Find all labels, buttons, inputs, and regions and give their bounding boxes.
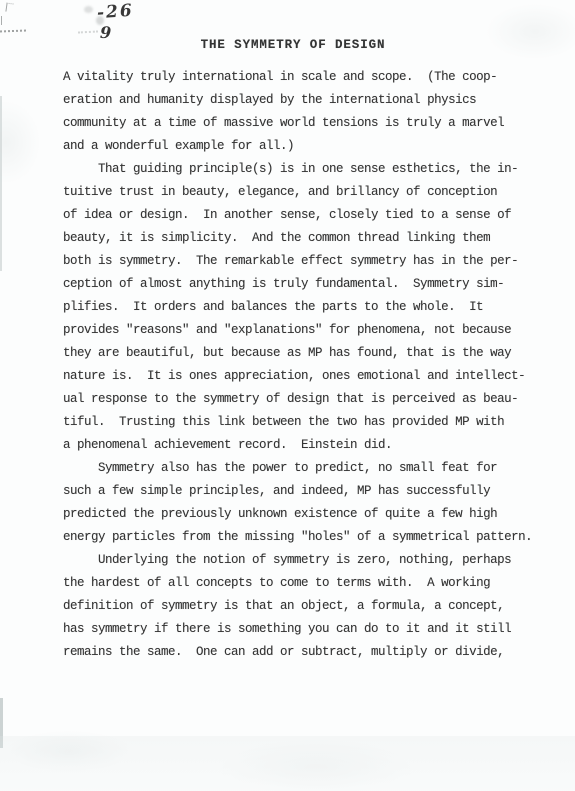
document-body: A vitality truly international in scale … (63, 66, 553, 664)
text-line: plifies. It orders and balances the part… (63, 296, 553, 319)
scanned-document-page: -26 9 THE SYMMETRY OF DESIGN A vitality … (0, 0, 575, 791)
text-line: such a few simple principles, and indeed… (63, 480, 553, 503)
text-line: remains the same. One can add or subtrac… (63, 641, 553, 664)
pencil-scribble (1, 16, 6, 25)
text-line: a phenomenal achievement record. Einstei… (63, 434, 553, 457)
text-line: eration and humanity displayed by the in… (63, 89, 553, 112)
text-line: has symmetry if there is something you c… (63, 618, 553, 641)
erased-pencil-smudge (78, 30, 98, 37)
text-line: ception of almost anything is truly fund… (63, 273, 553, 296)
text-line: and a wonderful example for all.) (63, 135, 553, 158)
scan-bottom-texture (0, 736, 575, 791)
text-line: provides "reasons" and "explanations" fo… (63, 319, 553, 342)
text-line: predicted the previously unknown existen… (63, 503, 553, 526)
text-line: they are beautiful, but because as MP ha… (63, 342, 553, 365)
text-line: That guiding principle(s) is in one sens… (63, 158, 553, 181)
text-line: tiful. Trusting this link between the tw… (63, 411, 553, 434)
text-line: of idea or design. In another sense, clo… (63, 204, 553, 227)
text-line: Symmetry also has the power to predict, … (63, 457, 553, 480)
text-line: Underlying the notion of symmetry is zer… (63, 549, 553, 572)
pencil-scribble (0, 30, 26, 33)
text-line: energy particles from the missing "holes… (63, 526, 553, 549)
handwritten-mark-top: -26 (96, 1, 134, 24)
text-line: definition of symmetry is that an object… (63, 595, 553, 618)
text-line: the hardest of all concepts to come to t… (63, 572, 553, 595)
scan-left-edge-line (0, 96, 2, 271)
text-line: ual response to the symmetry of design t… (63, 388, 553, 411)
text-line: beauty, it is simplicity. And the common… (63, 227, 553, 250)
document-title: THE SYMMETRY OF DESIGN (63, 38, 523, 52)
text-line: nature is. It is ones appreciation, ones… (63, 365, 553, 388)
text-line: A vitality truly international in scale … (63, 66, 553, 89)
erased-pencil-smudge (84, 6, 93, 13)
text-line: both is symmetry. The remarkable effect … (63, 250, 553, 273)
text-line: tuitive trust in beauty, elegance, and b… (63, 181, 553, 204)
pencil-scribble (5, 3, 13, 13)
text-line: community at a time of massive world ten… (63, 112, 553, 135)
